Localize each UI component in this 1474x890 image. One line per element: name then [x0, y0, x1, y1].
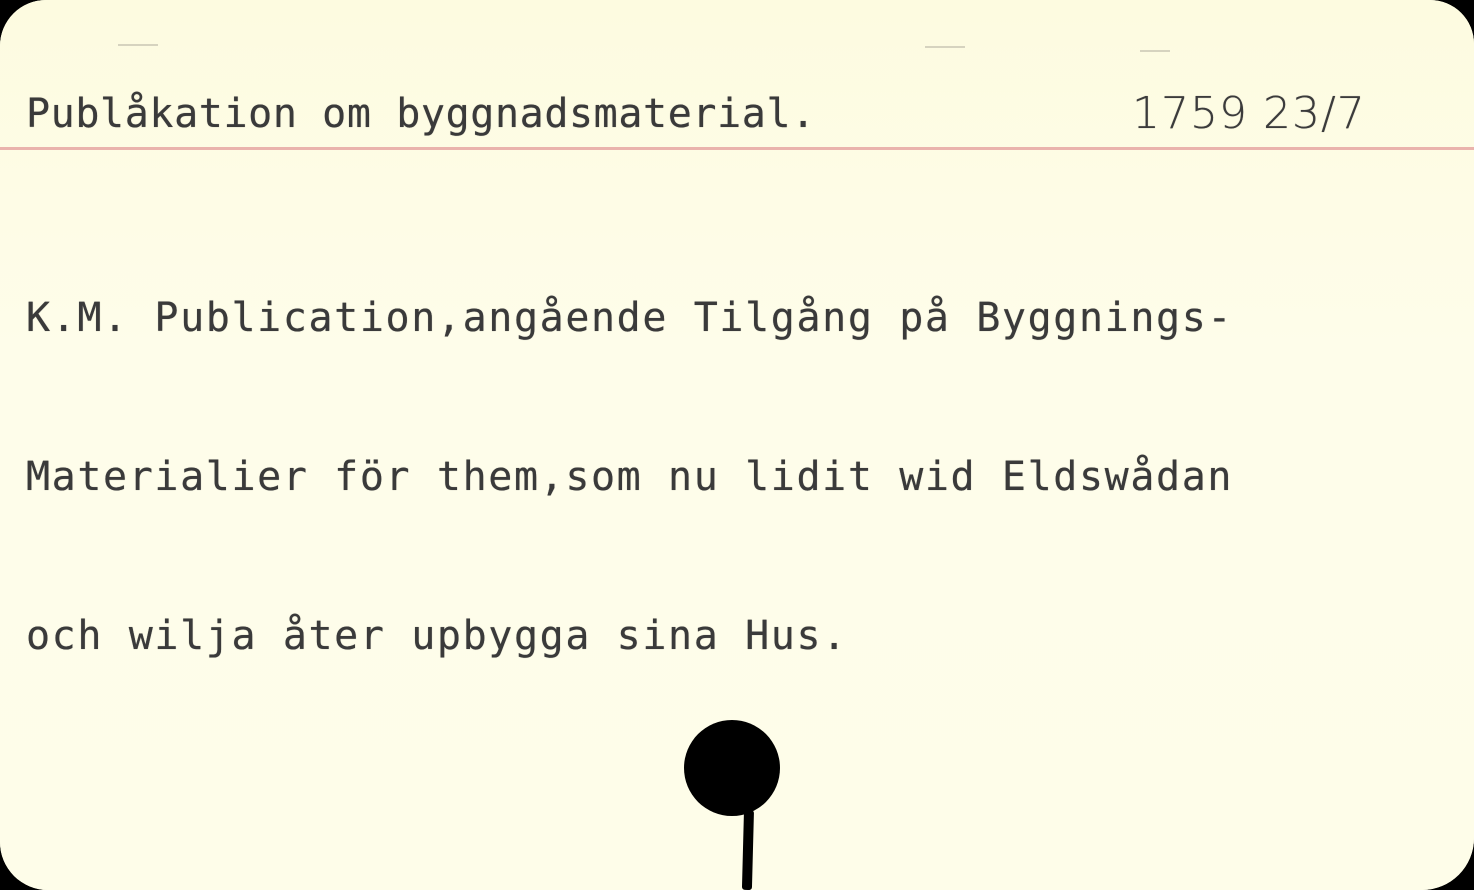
body-line-1: K.M. Publication,angående Tilgång på Byg…	[26, 292, 1233, 345]
scan-speck	[118, 44, 158, 46]
binding-cord	[742, 810, 754, 890]
scan-speck	[1140, 50, 1170, 52]
card-body: K.M. Publication,angående Tilgång på Byg…	[26, 186, 1233, 769]
body-line-2: Materialier för them,som nu lidit wid El…	[26, 451, 1233, 504]
index-card: Publåkation om byggnadsmaterial. 1759 23…	[0, 0, 1474, 890]
card-date: 1759 23/7	[1132, 84, 1366, 144]
body-line-3: och wilja åter upbygga sina Hus.	[26, 610, 1233, 663]
scan-speck	[925, 46, 965, 48]
card-heading: Publåkation om byggnadsmaterial.	[26, 86, 816, 142]
header-rule-line	[0, 147, 1474, 150]
punch-hole	[684, 720, 780, 816]
